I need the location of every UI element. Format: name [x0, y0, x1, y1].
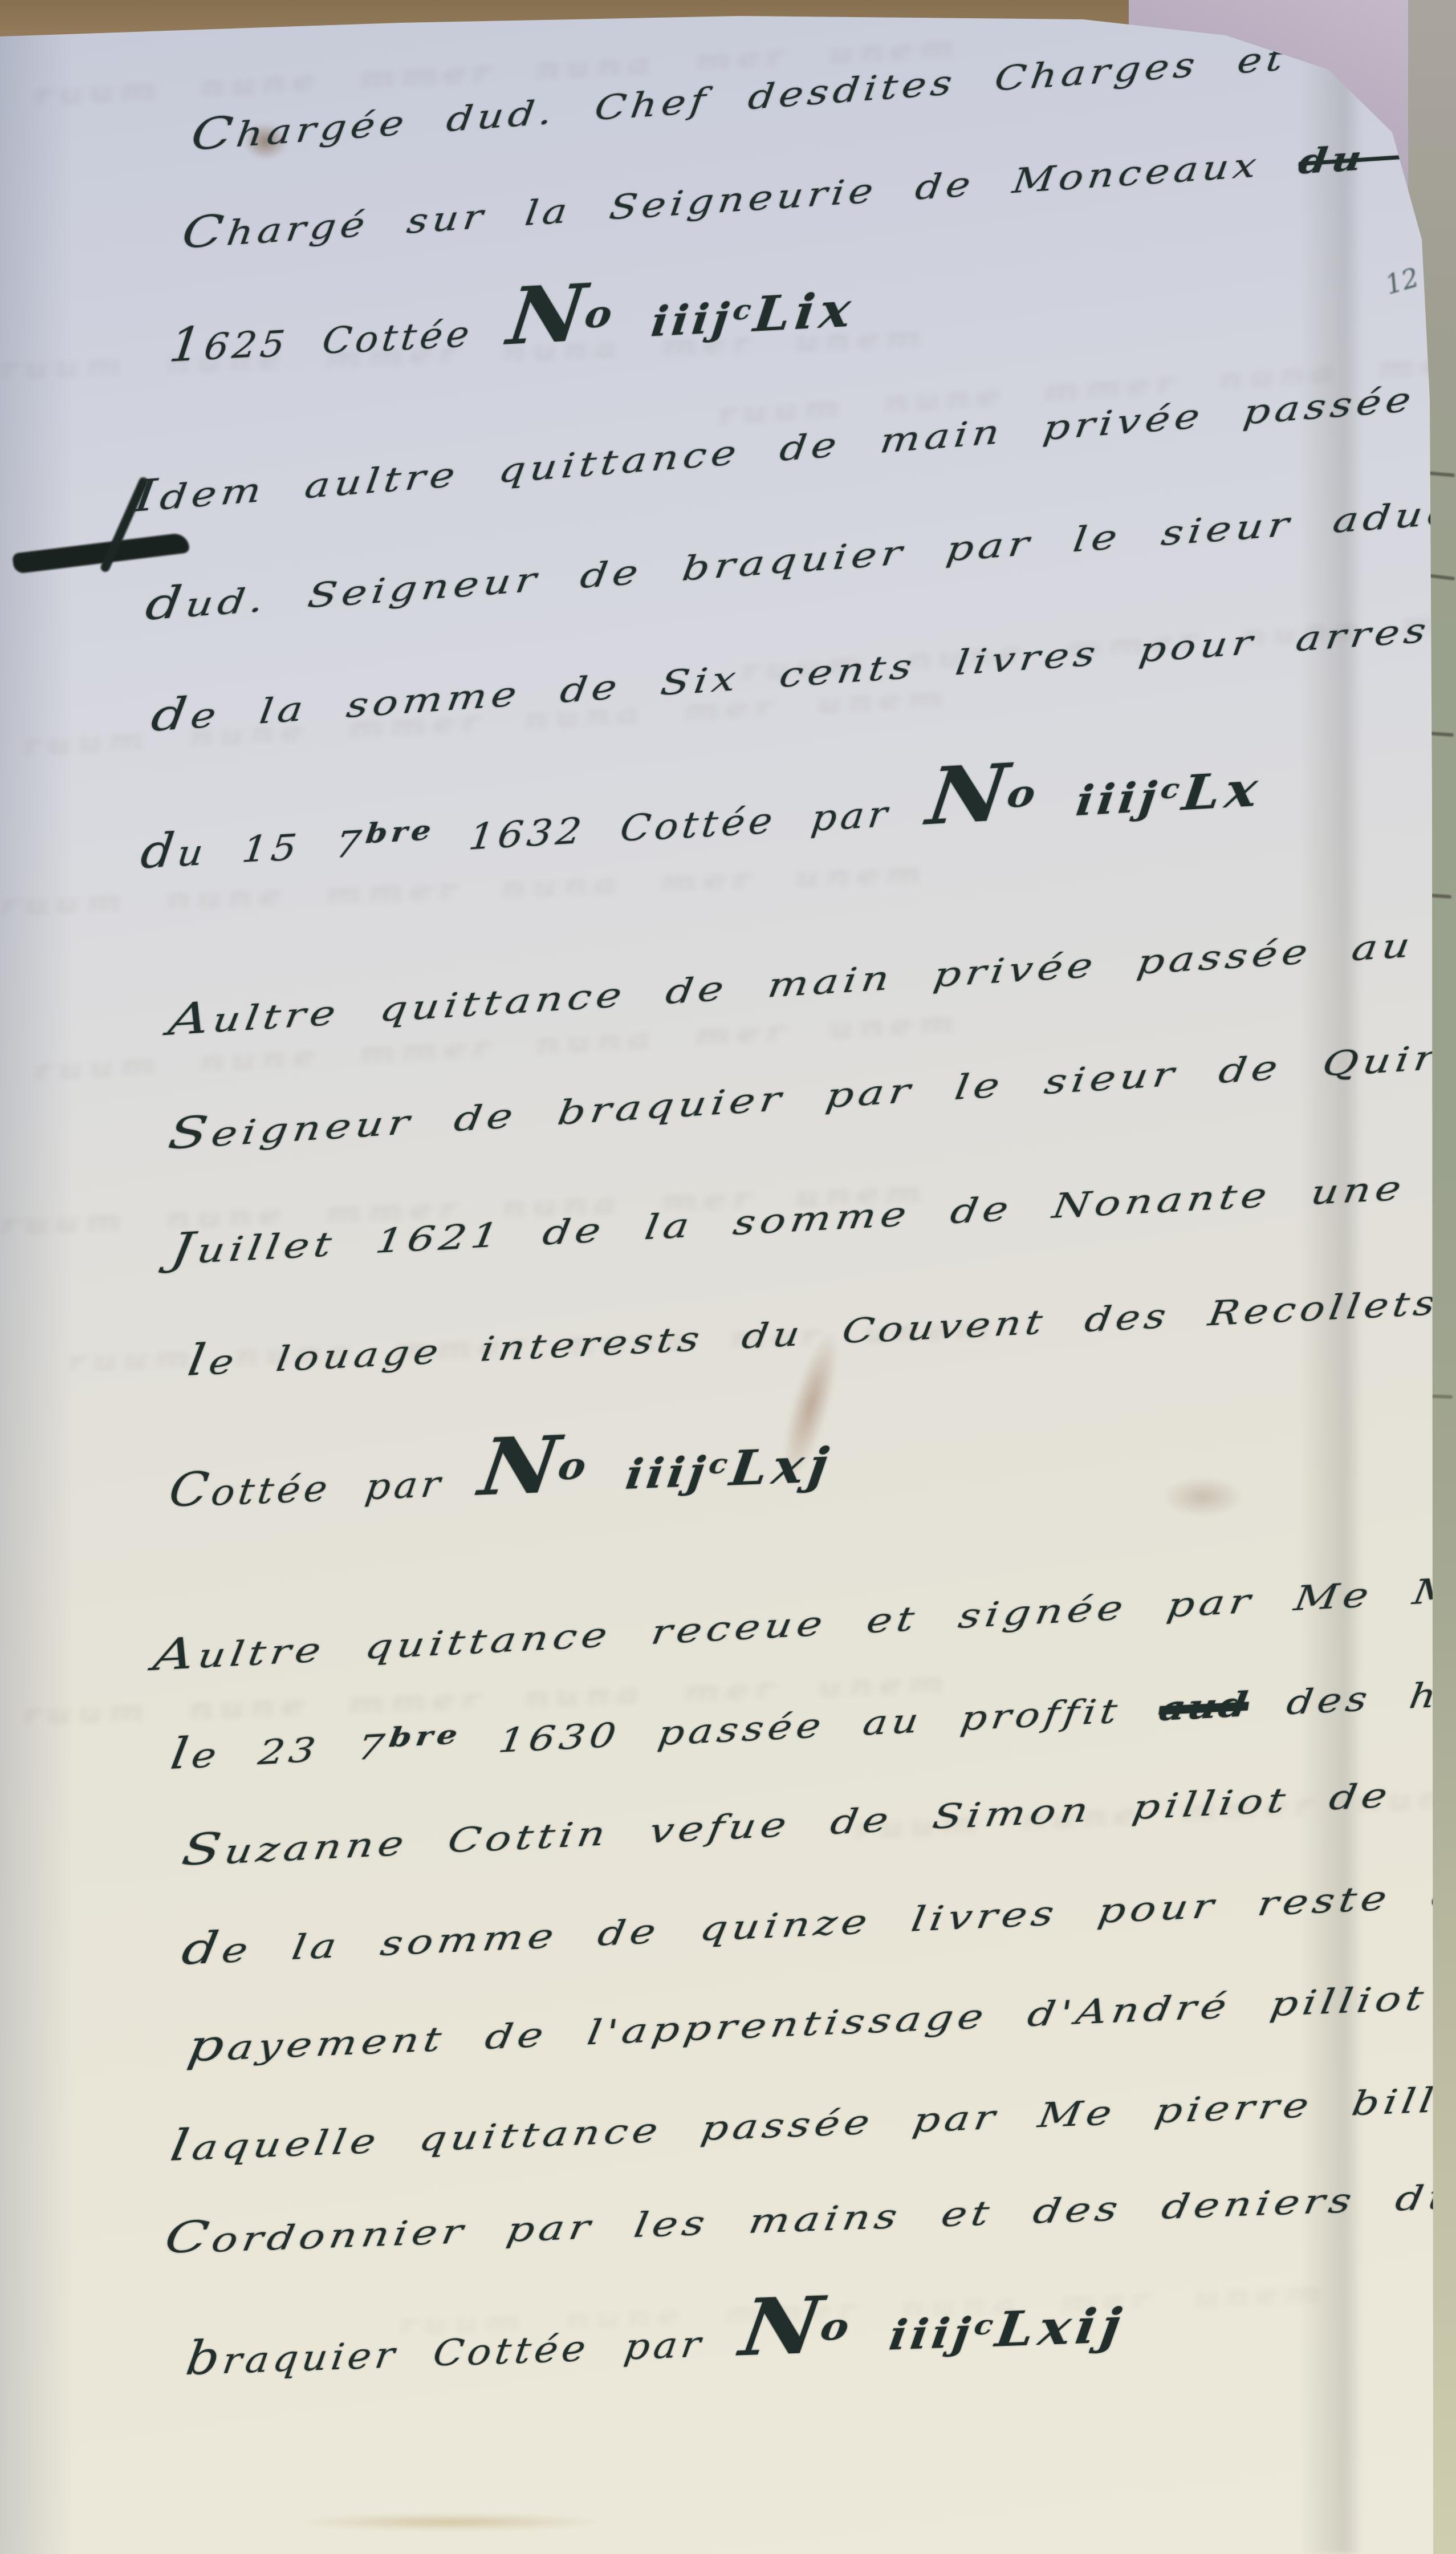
line-segment: du 15 7 — [138, 822, 367, 877]
line-segment-coteo: o — [1004, 771, 1041, 817]
line-segment: Chargé sur la Seigneurie de Monceaux — [180, 143, 1302, 257]
line-segment: Juillet 1621 de la somme de Nonante une … — [168, 1155, 1456, 1272]
manuscript-line: Seigneur de braquier par le sieur de Qui… — [165, 1015, 1456, 1158]
line-segment-cote: N — [474, 1419, 565, 1513]
manuscript-line: Juillet 1621 de la somme de Nonante une … — [168, 1147, 1456, 1273]
line-segment-coteo: o — [583, 291, 618, 336]
line-segment-scribble: aud — [1157, 1685, 1251, 1728]
line-segment: Cordonnier par les mains et des deniers … — [161, 2170, 1456, 2261]
manuscript-line: Suzanne Cottin vefue de Simon pilliot de… — [178, 1759, 1456, 1875]
line-segment: laquelle quittance passée par Me pierre … — [168, 2078, 1456, 2169]
line-segment-supc: bre — [364, 814, 437, 850]
line-segment: payement de l'apprentissage d'André pill… — [185, 1968, 1456, 2069]
line-segment: Seigneur de braquier par le sieur de Qui… — [165, 1023, 1456, 1158]
line-segment: le louage interests du Couvent des Recol… — [185, 1263, 1456, 1384]
manuscript-line: le 23 7bre 1630 passée au proffit aud de… — [168, 1660, 1456, 1779]
text-layer: Chargée dud. Chef desdites Charges et se… — [0, 0, 1456, 2554]
manuscript-line: Idem aultre quittance de main privée pas… — [132, 354, 1456, 521]
line-segment-numL: Lix — [751, 281, 859, 343]
line-segment-num: iiij — [1035, 773, 1163, 828]
line-segment-supc: bre — [387, 1719, 463, 1753]
manuscript-page: ruum nune mmer nuna mer unem ruum nune m… — [0, 0, 1456, 2554]
line-segment-num: iiij — [848, 2309, 977, 2361]
manuscript-line: payement de l'apprentissage d'André pill… — [184, 1960, 1456, 2070]
line-segment-num: iiij — [611, 294, 735, 348]
line-segment: 1630 passée au proffit — [457, 1690, 1162, 1763]
manuscript-line: Cordonnier par les mains et des deniers … — [161, 2163, 1456, 2263]
manuscript-line: laquelle quittance passée par Me pierre … — [167, 2070, 1456, 2170]
line-segment: Cottée par — [166, 1461, 482, 1515]
manuscript-line: braquier Cottée par No iiijcLxij — [182, 2272, 1133, 2390]
manuscript-line: le louage interests du Couvent des Recol… — [185, 1255, 1456, 1384]
line-segment-cote: N — [922, 746, 1013, 843]
manuscript-line: 1625 Cottée No iiijcLix — [166, 255, 861, 377]
line-segment: de la somme de quinze livres pour reste … — [179, 1865, 1456, 1972]
line-segment: des hers de — [1246, 1667, 1456, 1724]
line-segment-num: iiij — [585, 1448, 711, 1501]
line-segment-numL: Lxj — [727, 1436, 837, 1496]
line-segment-cote: N — [503, 267, 591, 363]
line-segment: le 23 7 — [168, 1727, 391, 1777]
manuscript-line: Cottée par No iiijcLxj — [165, 1411, 840, 1523]
manuscript-line: de la somme de quinze livres pour reste … — [178, 1858, 1456, 1974]
line-segment-cote: N — [735, 2280, 827, 2374]
line-segment: 1625 Cottée — [167, 311, 510, 371]
line-segment: braquier Cottée par — [183, 2322, 742, 2383]
manuscript-line: Aultre quittance de main privée passée a… — [165, 899, 1456, 1045]
manuscript-line: Aultre quittance receue et signée par Me… — [151, 1554, 1456, 1680]
line-segment: Idem aultre quittance de main privée pas… — [132, 362, 1456, 520]
manuscript-line: du 15 7bre 1632 Cottée par No iiijcLx — [137, 735, 1269, 884]
line-segment: 1632 Cottée par — [431, 791, 929, 860]
line-segment: Aultre quittance de main privée passée a… — [165, 906, 1456, 1043]
photo-of-manuscript-page: ruum nune mmer nuna mer unem ruum nune m… — [0, 0, 1456, 2554]
line-segment-numL: Lx — [1180, 760, 1266, 822]
line-segment: Aultre quittance receue et signée par Me… — [151, 1561, 1456, 1679]
line-segment-numL: Lxij — [993, 2296, 1130, 2357]
line-segment: Suzanne Cottin vefue de Simon pilliot de… — [179, 1767, 1456, 1874]
